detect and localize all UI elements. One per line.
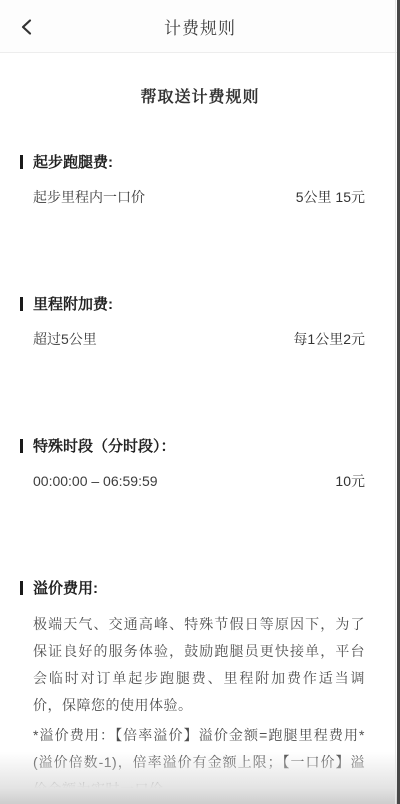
page-title: 计费规则 [164,14,236,39]
section-special-period: 特殊时段（分时段）： 00:00:00 – 06:59:59 10元 [20,435,365,491]
section-marker-bar [20,155,23,169]
section-mileage-surcharge: 里程附加费: 超过5公里 每1公里2元 [20,293,365,349]
section-heading-label: 起步跑腿费: [33,151,113,172]
section-marker-bar [20,439,23,453]
section-starting-fee: 起步跑腿费: 起步里程内一口价 5公里 15元 [20,151,365,207]
surge-pricing-description: 极端天气、交通高峰、特殊节假日等原因下，为了保证良好的服务体验，鼓励跑腿员更快接… [20,611,365,803]
section-surge-pricing: 溢价费用: 极端天气、交通高峰、特殊节假日等原因下，为了保证良好的服务体验，鼓励… [20,577,365,803]
section-heading-label: 特殊时段（分时段）： [33,435,176,456]
content: 帮取送计费规则 起步跑腿费: 起步里程内一口价 5公里 15元 [0,84,400,803]
section-marker-bar [20,581,23,595]
back-button[interactable] [8,8,46,46]
billing-rules-screen: 计费规则 帮取送计费规则 起步跑腿费: 起步里程内一口价 5公里 15元 [0,0,400,804]
fee-label: 超过5公里 [33,329,97,349]
section-heading: 溢价费用: [20,577,365,598]
surge-formula-paragraph: *溢价费用：【倍率溢价】溢价金额=跑腿里程费用*(溢价倍数-1)，倍率溢价有金额… [33,722,365,803]
section-heading: 特殊时段（分时段）： [20,435,365,456]
surge-paragraph: 极端天气、交通高峰、特殊节假日等原因下，为了保证良好的服务体验，鼓励跑腿员更快接… [33,611,365,719]
rules-subtitle: 帮取送计费规则 [0,84,400,107]
rule-sections: 起步跑腿费: 起步里程内一口价 5公里 15元 里程附加费: 超过5 [0,151,400,803]
fee-row: 起步里程内一口价 5公里 15元 [33,187,365,207]
section-heading: 起步跑腿费: [20,151,365,172]
section-heading-label: 里程附加费: [33,293,113,314]
section-marker-bar [20,297,23,311]
fee-label: 起步里程内一口价 [33,187,145,207]
navbar: 计费规则 [0,0,400,53]
chevron-left-icon [18,18,36,36]
right-edge-highlight [395,0,396,804]
fee-value: 10元 [335,471,365,491]
fee-value: 5公里 15元 [296,187,365,207]
section-heading-label: 溢价费用: [33,577,98,598]
fee-label: 00:00:00 – 06:59:59 [33,471,158,491]
fee-value: 每1公里2元 [293,329,365,349]
fee-row: 超过5公里 每1公里2元 [33,329,365,349]
section-heading: 里程附加费: [20,293,365,314]
fee-row: 00:00:00 – 06:59:59 10元 [33,471,365,491]
